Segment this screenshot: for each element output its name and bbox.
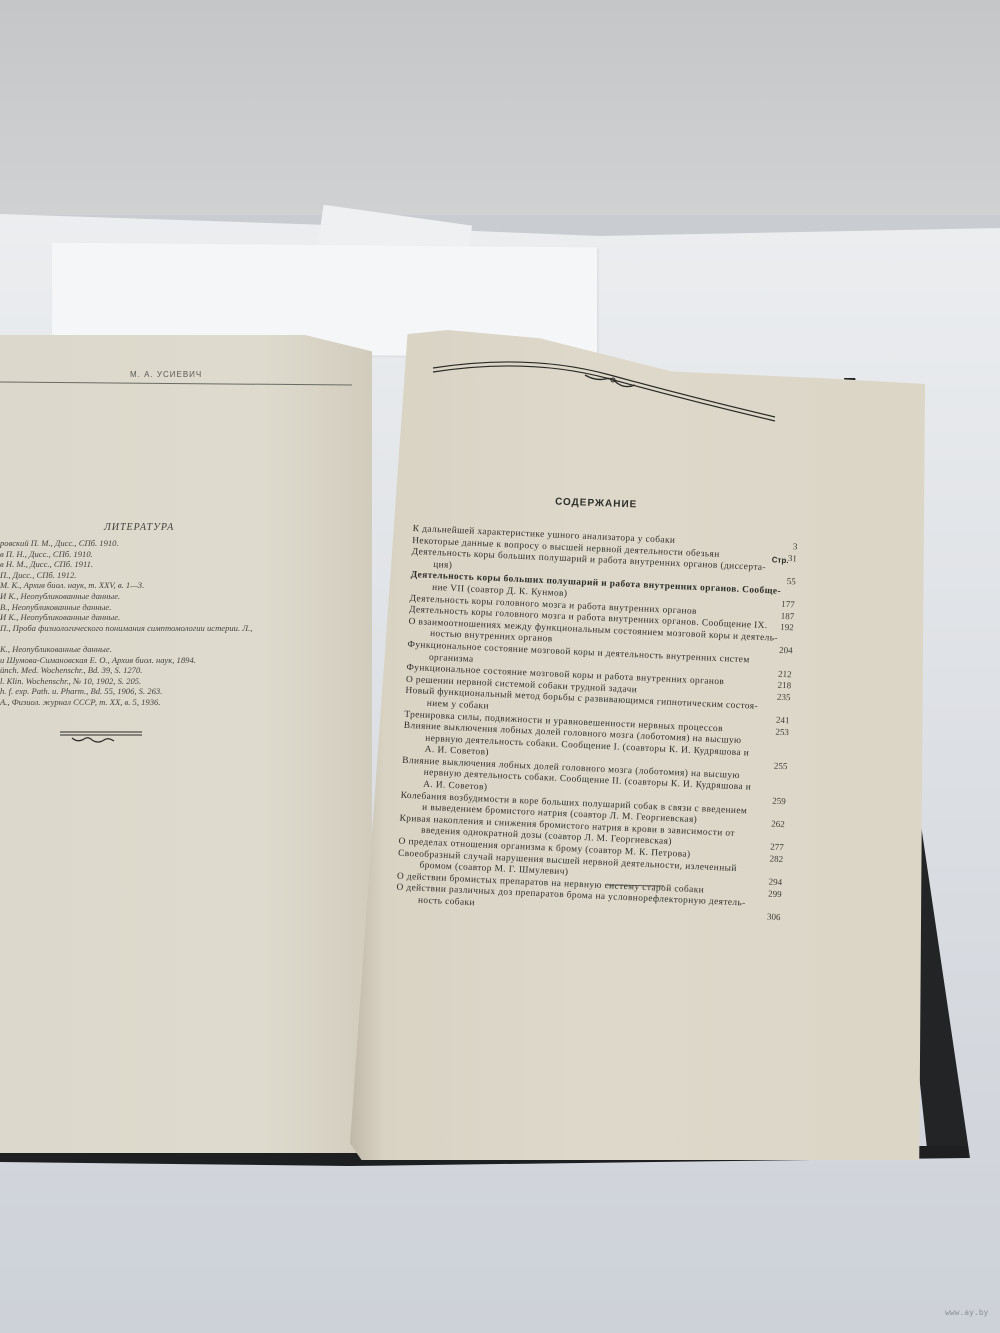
reference-item: В., Неопубликованные данные. xyxy=(0,602,340,613)
reference-item: ünch. Med. Wochenschr., Bd. 39, S. 1270. xyxy=(0,665,340,676)
reference-item xyxy=(0,633,340,644)
reference-item: К., Неопубликованные данные. xyxy=(0,644,340,655)
watermark: www.ay.by xyxy=(945,1308,988,1317)
reference-item: И К., Неопубликованные данные. xyxy=(0,612,340,623)
reference-item: А., Физиол. журнал СССР, т. XX, в. 5, 19… xyxy=(0,697,340,708)
reference-item: И К., Неопубликованные данные. xyxy=(0,591,340,602)
references-title: ЛИТЕРАТУРА xyxy=(104,522,174,533)
reference-item: l. Klin. Wochenschr., № 10, 1902, S. 205… xyxy=(0,676,340,687)
left-page xyxy=(0,335,372,1153)
reference-item: в Н. М., Дисс., СПб. 1911. xyxy=(0,559,340,570)
references-list: ровский П. М., Дисс., СПб. 1910. в П. Н.… xyxy=(0,538,340,708)
end-ornament-icon xyxy=(60,730,142,744)
reference-item: в П. Н., Дисс., СПб. 1910. xyxy=(0,549,340,560)
table-of-contents: Стр. К дальнейшей характеристике ушного … xyxy=(396,524,798,924)
running-head: М. А. УСИЕВИЧ xyxy=(130,370,202,379)
reference-item: П., Дисс., СПб. 1912. xyxy=(0,570,340,581)
reference-item: М. К., Архив биол. наук, т. XXV, в. 1—3. xyxy=(0,580,340,591)
reference-item: ровский П. М., Дисс., СПб. 1910. xyxy=(0,538,340,549)
header-ornament-icon xyxy=(430,355,780,425)
reference-item: П., Проба физиологического понимания сим… xyxy=(0,623,340,634)
background-wall xyxy=(0,0,1000,215)
reference-item: h. f. exp. Path. u. Pharm., Bd. 55, 1906… xyxy=(0,686,340,697)
reference-item: и Шумова-Симановская Е. О., Архив биол. … xyxy=(0,655,340,666)
